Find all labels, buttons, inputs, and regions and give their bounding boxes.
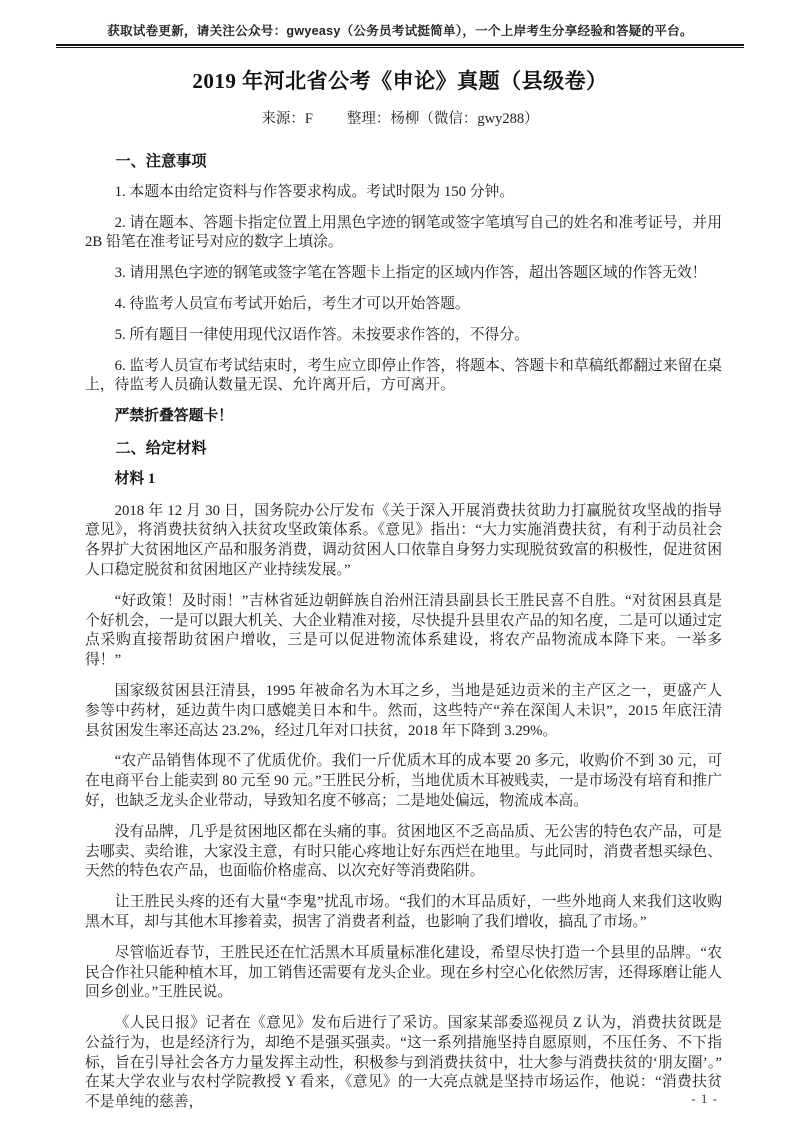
material-1-heading: 材料 1 [85, 470, 722, 490]
material-1-paragraph-5: 没有品牌，几乎是贫困地区都在头痛的事。贫困地区不乏高品质、无公害的特色农产品，可… [85, 823, 722, 882]
section-heading-materials: 二、给定材料 [85, 439, 722, 459]
material-1-paragraph-6: 让王胜民头疼的还有大量“李鬼”扰乱市场。“我们的木耳品质好，一些外地商人来我们这… [85, 893, 722, 933]
material-1-paragraph-8: 《人民日报》记者在《意见》发布后进行了采访。国家某部委巡视员 Z 认为，消费扶贫… [85, 1014, 722, 1113]
editor-label: 整理：杨柳（微信：gwy288） [347, 107, 539, 128]
title-meta: 来源：F 整理：杨柳（微信：gwy288） [0, 107, 800, 128]
notice-item-6: 6. 监考人员宣布考试结束时，考生应立即停止作答，将题本、答题卡和草稿纸都翻过来… [85, 357, 722, 397]
section-heading-notice: 一、注意事项 [85, 152, 722, 172]
source-label: 来源：F [261, 107, 313, 128]
page-title: 2019 年河北省公考《申论》真题（县级卷） [0, 65, 800, 95]
material-1-paragraph-7: 尽管临近春节，王胜民还在忙活黑木耳质量标准化建设，希望尽快打造一个县里的品牌。“… [85, 944, 722, 1003]
material-1-paragraph-4: “农产品销售体现不了优质优价。我们一斤优质木耳的成本要 20 多元，收购价不到 … [85, 752, 722, 811]
exam-paper-page: 获取试卷更新，请关注公众号：gwyeasy（公务员考试挺简单），一个上岸考生分享… [0, 0, 800, 1131]
document-body: 一、注意事项 1. 本题本由给定资料与作答要求构成。考试时限为 150 分钟。 … [0, 152, 800, 1113]
notice-item-3: 3. 请用黑色字迹的钢笔或签字笔在答题卡上指定的区域内作答，超出答题区域的作答无… [85, 264, 722, 284]
material-1-paragraph-3: 国家级贫困县汪清县，1995 年被命名为木耳之乡，当地是延边贡米的主产区之一，更… [85, 682, 722, 741]
notice-item-1: 1. 本题本由给定资料与作答要求构成。考试时限为 150 分钟。 [85, 183, 722, 203]
no-fold-warning: 严禁折叠答题卡！ [85, 407, 722, 427]
notice-item-2: 2. 请在题本、答题卡指定位置上用黑色字迹的钢笔或签字笔填写自己的姓名和准考证号… [85, 214, 722, 254]
notice-item-5: 5. 所有题目一律使用现代汉语作答。未按要求作答的，不得分。 [85, 326, 722, 346]
material-1-paragraph-1: 2018 年 12 月 30 日，国务院办公厅发布《关于深入开展消费扶贫助力打赢… [85, 502, 722, 581]
notice-item-4: 4. 待监考人员宣布考试开始后，考生才可以开始答题。 [85, 295, 722, 315]
header-double-rule [56, 44, 744, 48]
header-promo-notice: 获取试卷更新，请关注公众号：gwyeasy（公务员考试挺简单），一个上岸考生分享… [0, 0, 800, 39]
page-number: - 1 - [691, 1091, 718, 1107]
material-1-paragraph-2: “好政策！及时雨！”吉林省延边朝鲜族自治州汪清县副县长王胜民喜不自胜。“对贫困县… [85, 592, 722, 671]
page-header: 获取试卷更新，请关注公众号：gwyeasy（公务员考试挺简单），一个上岸考生分享… [0, 0, 800, 48]
